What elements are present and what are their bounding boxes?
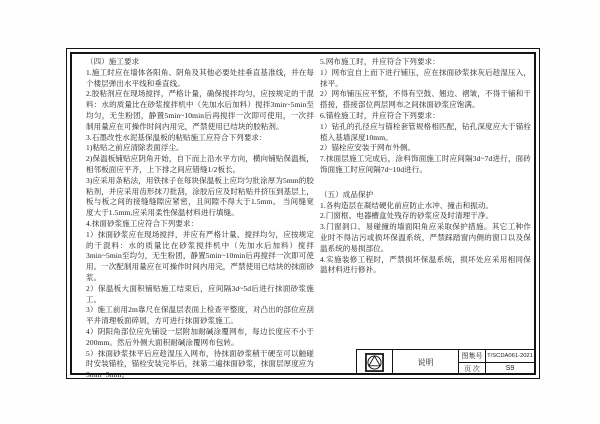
drawing-frame-inner: （四）施工要求 1.施工时应在墙体各阳角、阴角及其他必要处挂垂直基准线，并在每个…	[70, 52, 536, 375]
left-column: （四）施工要求 1.施工时应在墙体各阳角、阴角及其他必要处挂垂直基准线，并在每个…	[86, 57, 314, 381]
paragraph: 7.抹面层施工完成后，涂料饰面施工时应间隔3d~7d进行，面砖饰面施工时应间隔7…	[320, 154, 531, 176]
paragraph: 2.胶粘剂应在现场搅拌，严格计量，确保搅拌均匀，应按规定的干混料：水的质量比在砂…	[86, 89, 314, 132]
paragraph: 4）阴阳角部位应先铺设一层附加耐碱涂覆网布，每边长度应不小于200mm。然后外侧…	[86, 327, 314, 349]
paragraph: 2)保温板铺贴应阴角开始，自下而上沿水平方向，横向铺贴保温板，相邻板面应平齐，上…	[86, 154, 314, 176]
paragraph: 6.锚栓施工时，并应符合下列要求：	[320, 111, 531, 122]
page-number-label: 页 次	[458, 362, 485, 374]
paragraph: 5.网布施工时，并应符合下列要求：	[320, 57, 531, 68]
right-column: 5.网布施工时，并应符合下列要求：1）网布宜自上而下进行铺压，应在抹面砂浆抹灰后…	[320, 57, 531, 276]
paragraph: 2）网布铺压应平整，不得有空鼓、翘边、褶皱，不得干铺和干搭接，搭接部位两层网布之…	[320, 89, 531, 111]
section-heading-finished-product-protection: （五）成品保护	[320, 190, 531, 201]
paragraph: 4.抹面砂浆施工应符合下列要求：	[86, 219, 314, 230]
paragraph: 2）锚栓应安装于网布外侧。	[320, 143, 531, 154]
paragraph: 4.实施装修工程时，严禁损坏保温系统，损坏处应采用相同保温材料进行修补。	[320, 255, 531, 277]
sheet-content: （四）施工要求 1.施工时应在墙体各阳角、阴角及其他必要处挂垂直基准线，并在每个…	[72, 54, 534, 373]
logo-cell	[357, 350, 392, 374]
paragraph: 1.各构造层在凝结硬化前应防止水冲、撞击和振动。	[320, 201, 531, 212]
left-paragraph-list: 1.施工时应在墙体各阳角、阴角及其他必要处挂垂直基准线，并在每个楼层弹出水平线和…	[86, 68, 314, 381]
paragraph: 2）保温板大面积铺贴施工结束后，应间隔3d~5d后进行抹面砂浆施工。	[86, 284, 314, 306]
paragraph: 3）施工前用2m靠尺在保温层表面上检查平整度，对凸出的部位应刮平并清理板面碎屑，…	[86, 305, 314, 327]
right-paragraph-list-construction: 5.网布施工时，并应符合下列要求：1）网布宜自上而下进行铺压，应在抹面砂浆抹灰后…	[320, 57, 531, 176]
paragraph: 3)应采用条粘法，用铁抹子在每块保温板上应均匀批涂厚为5mm的胶粘剂，并应采用齿…	[86, 176, 314, 219]
paragraph: 5）抹面砂浆抹平后应趁湿压入网布，待抹面砂浆稍干硬至可以触碰时安装锚栓，锚栓安装…	[86, 349, 314, 381]
paragraph: 2.门窗框、电器槽盒处残存的砂浆应及时清理干净。	[320, 211, 531, 222]
atlas-number-value: T/SCDA061-2021	[485, 350, 534, 362]
drawing-frame-outer: （四）施工要求 1.施工时应在墙体各阳角、阴角及其他必要处挂垂直基准线，并在每个…	[66, 48, 540, 379]
paragraph: 1）网布宜自上而下进行铺压，应在抹面砂浆抹灰后趁湿压入，抹平。	[320, 68, 531, 90]
atlas-number-label: 图集号	[458, 350, 485, 362]
paragraph: 1)粘贴之前应清除表面浮尘。	[86, 143, 314, 154]
circle-triangle-institute-logo-icon	[365, 353, 384, 372]
sheet-title: 说明	[392, 350, 458, 374]
page-number-value: S9	[485, 362, 534, 374]
section-heading-construction-requirements: （四）施工要求	[86, 57, 314, 68]
paragraph: 3.门窗洞口、易碰撞的墙面阳角应采取保护措施。其它工种作业时不得沾污或损坏保温系…	[320, 222, 531, 254]
paragraph: 3.石墨改性水泥基保温板的粘贴施工应符合下列要求：	[86, 133, 314, 144]
paragraph: 1）钻孔的孔径应与锚栓套管规格相匹配，钻孔深度应大于锚栓植入基墙深度10mm。	[320, 122, 531, 144]
paragraph: 1）抹面砂浆应在现场搅拌，并应有严格计量、搅拌均匀，应按规定的干混料：水的质量比…	[86, 230, 314, 284]
paragraph: 1.施工时应在墙体各阳角、阴角及其他必要处挂垂直基准线，并在每个楼层弹出水平线和…	[86, 68, 314, 90]
right-paragraph-list-protection: 1.各构造层在凝结硬化前应防止水冲、撞击和振动。2.门窗框、电器槽盒处残存的砂浆…	[320, 201, 531, 277]
title-block: 说明 图集号 T/SCDA061-2021 页 次 S9	[356, 349, 534, 373]
